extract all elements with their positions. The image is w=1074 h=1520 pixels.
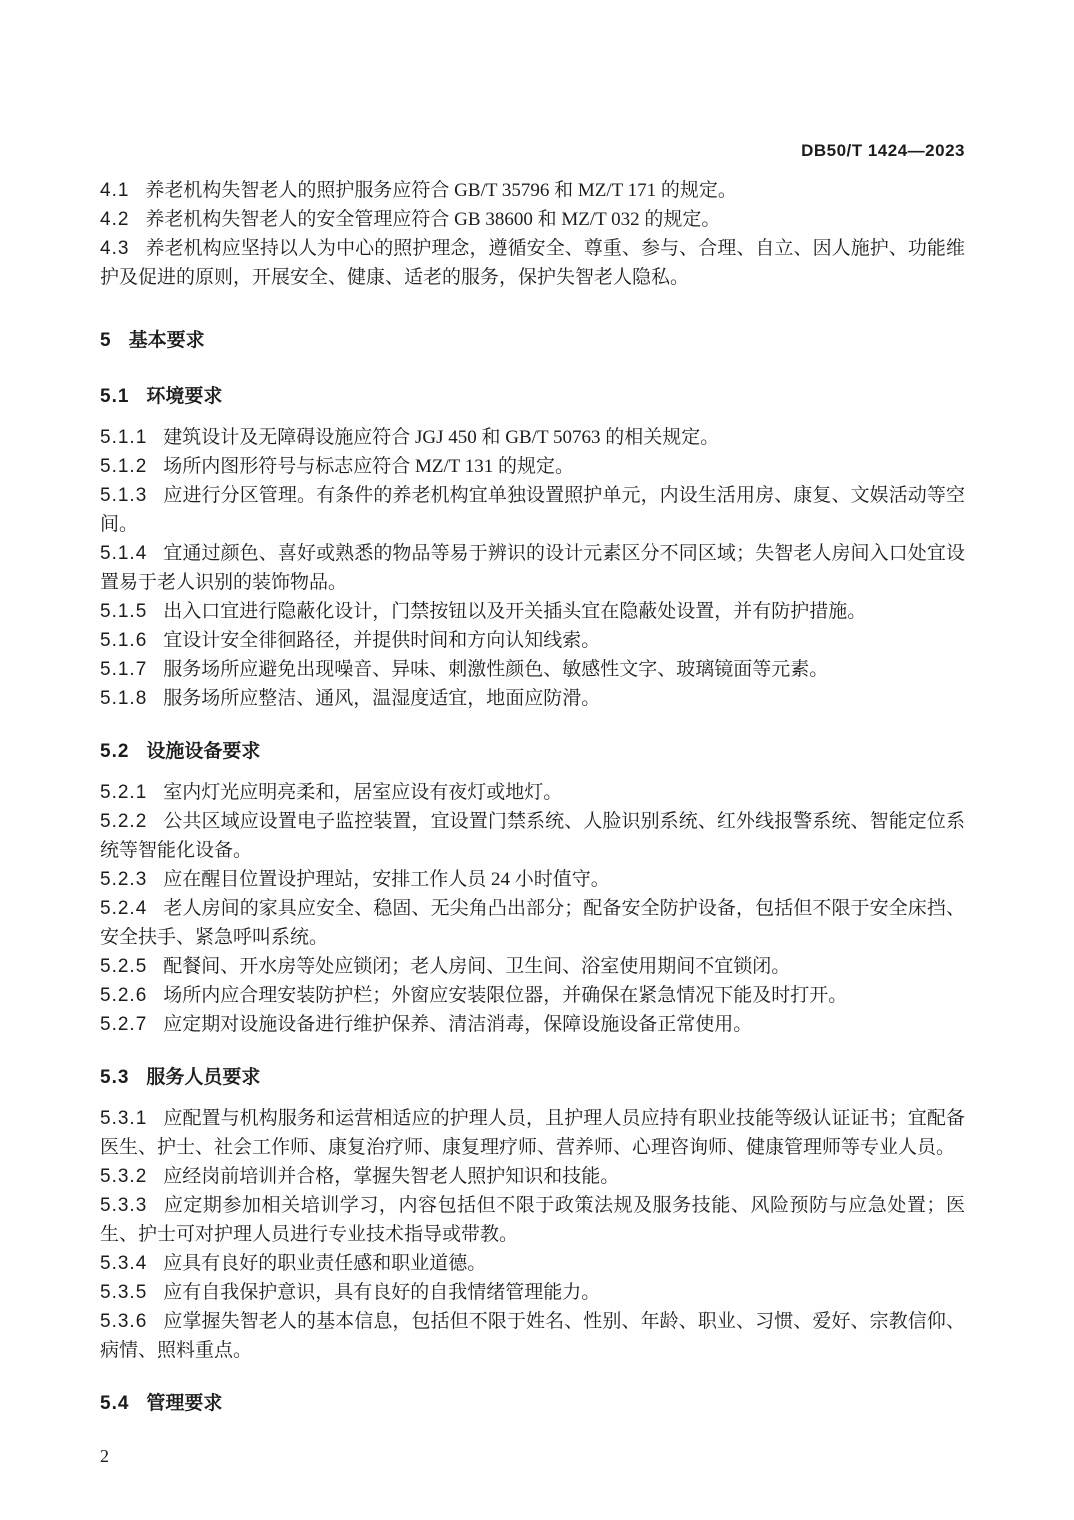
heading-number: 5.2 xyxy=(100,741,129,762)
clause-5-3-1: 5.3.1应配置与机构服务和运营相适应的护理人员，且护理人员应持有职业技能等级认… xyxy=(100,1104,965,1162)
clause-text: 应在醒目位置设护理站，安排工作人员 24 小时值守。 xyxy=(163,869,610,890)
clause-text: 老人房间的家具应安全、稳固、无尖角凸出部分；配备安全防护设备，包括但不限于安全床… xyxy=(100,898,965,948)
document-header: DB50/T 1424—2023 xyxy=(100,140,965,162)
clause-4-1: 4.1养老机构失智老人的照护服务应符合 GB/T 35796 和 MZ/T 17… xyxy=(100,176,965,205)
clause-number: 5.3.4 xyxy=(100,1253,147,1274)
document-page: DB50/T 1424—2023 4.1养老机构失智老人的照护服务应符合 GB/… xyxy=(0,0,1074,1520)
clause-text: 应定期参加相关培训学习，内容包括但不限于政策法规及服务技能、风险预防与应急处置；… xyxy=(100,1195,965,1245)
page-number: 2 xyxy=(100,1446,109,1466)
clause-number: 5.2.5 xyxy=(100,956,147,977)
clause-5-2-4: 5.2.4老人房间的家具应安全、稳固、无尖角凸出部分；配备安全防护设备，包括但不… xyxy=(100,894,965,952)
clause-4-2: 4.2养老机构失智老人的安全管理应符合 GB 38600 和 MZ/T 032 … xyxy=(100,205,965,234)
clause-number: 5.2.4 xyxy=(100,898,147,919)
heading-number: 5.4 xyxy=(100,1393,129,1414)
clause-number: 5.2.1 xyxy=(100,782,147,803)
section-heading-5-1: 5.1环境要求 xyxy=(100,382,965,411)
clause-text: 服务场所应避免出现噪音、异味、刺激性颜色、敏感性文字、玻璃镜面等元素。 xyxy=(163,659,828,680)
clause-text: 养老机构失智老人的照护服务应符合 GB/T 35796 和 MZ/T 171 的… xyxy=(145,180,736,201)
clause-5-2-6: 5.2.6场所内应合理安装防护栏；外窗应安装限位器，并确保在紧急情况下能及时打开… xyxy=(100,981,965,1010)
clause-text: 应定期对设施设备进行维护保养、清洁消毒，保障设施设备正常使用。 xyxy=(163,1014,752,1035)
clause-number: 5.1.7 xyxy=(100,659,147,680)
chapter-heading-5: 5基本要求 xyxy=(100,326,965,355)
clause-text: 出入口宜进行隐蔽化设计，门禁按钮以及开关插头宜在隐蔽处设置，并有防护措施。 xyxy=(163,601,866,622)
clause-text: 应进行分区管理。有条件的养老机构宜单独设置照护单元，内设生活用房、康复、文娱活动… xyxy=(100,485,965,535)
clause-5-1-5: 5.1.5出入口宜进行隐蔽化设计，门禁按钮以及开关插头宜在隐蔽处设置，并有防护措… xyxy=(100,597,965,626)
clause-5-1-7: 5.1.7服务场所应避免出现噪音、异味、刺激性颜色、敏感性文字、玻璃镜面等元素。 xyxy=(100,655,965,684)
standard-code: DB50/T 1424—2023 xyxy=(801,141,965,160)
clause-number: 5.3.1 xyxy=(100,1108,147,1129)
clause-text: 场所内应合理安装防护栏；外窗应安装限位器，并确保在紧急情况下能及时打开。 xyxy=(163,985,847,1006)
clause-5-1-1: 5.1.1建筑设计及无障碍设施应符合 JGJ 450 和 GB/T 50763 … xyxy=(100,423,965,452)
clause-number: 5.1.8 xyxy=(100,688,147,709)
clause-5-1-8: 5.1.8服务场所应整洁、通风，温湿度适宜，地面应防滑。 xyxy=(100,684,965,713)
heading-text: 服务人员要求 xyxy=(146,1067,260,1088)
heading-number: 5 xyxy=(100,330,112,351)
clause-5-3-3: 5.3.3应定期参加相关培训学习，内容包括但不限于政策法规及服务技能、风险预防与… xyxy=(100,1191,965,1249)
clause-number: 4.3 xyxy=(100,238,129,259)
document-body: 4.1养老机构失智老人的照护服务应符合 GB/T 35796 和 MZ/T 17… xyxy=(100,176,965,1418)
heading-text: 设施设备要求 xyxy=(146,741,260,762)
clause-number: 4.2 xyxy=(100,209,129,230)
clause-number: 5.3.3 xyxy=(100,1195,147,1216)
clause-5-3-2: 5.3.2应经岗前培训并合格，掌握失智老人照护知识和技能。 xyxy=(100,1162,965,1191)
clause-5-1-4: 5.1.4宜通过颜色、喜好或熟悉的物品等易于辨识的设计元素区分不同区域；失智老人… xyxy=(100,539,965,597)
clause-text: 应配置与机构服务和运营相适应的护理人员，且护理人员应持有职业技能等级认证证书；宜… xyxy=(100,1108,965,1158)
clause-text: 服务场所应整洁、通风，温湿度适宜，地面应防滑。 xyxy=(163,688,600,709)
clause-text: 养老机构应坚持以人为中心的照护理念，遵循安全、尊重、参与、合理、自立、因人施护、… xyxy=(100,238,965,288)
clause-5-1-3: 5.1.3应进行分区管理。有条件的养老机构宜单独设置照护单元，内设生活用房、康复… xyxy=(100,481,965,539)
heading-text: 基本要求 xyxy=(129,330,205,351)
clause-text: 场所内图形符号与标志应符合 MZ/T 131 的规定。 xyxy=(163,456,574,477)
clause-number: 5.2.6 xyxy=(100,985,147,1006)
clause-5-1-2: 5.1.2场所内图形符号与标志应符合 MZ/T 131 的规定。 xyxy=(100,452,965,481)
clause-text: 室内灯光应明亮柔和，居室应设有夜灯或地灯。 xyxy=(163,782,562,803)
clause-number: 5.1.3 xyxy=(100,485,147,506)
heading-number: 5.3 xyxy=(100,1067,129,1088)
clause-number: 5.1.1 xyxy=(100,427,147,448)
clause-text: 应具有良好的职业责任感和职业道德。 xyxy=(163,1253,486,1274)
heading-text: 管理要求 xyxy=(146,1393,222,1414)
clause-text: 宜设计安全徘徊路径，并提供时间和方向认知线索。 xyxy=(163,630,600,651)
clause-5-2-2: 5.2.2公共区域应设置电子监控装置，宜设置门禁系统、人脸识别系统、红外线报警系… xyxy=(100,807,965,865)
clause-number: 4.1 xyxy=(100,180,129,201)
clause-text: 应有自我保护意识，具有良好的自我情绪管理能力。 xyxy=(163,1282,600,1303)
clause-text: 建筑设计及无障碍设施应符合 JGJ 450 和 GB/T 50763 的相关规定… xyxy=(163,427,719,448)
clause-4-3: 4.3养老机构应坚持以人为中心的照护理念，遵循安全、尊重、参与、合理、自立、因人… xyxy=(100,234,965,292)
clause-number: 5.2.2 xyxy=(100,811,147,832)
clause-5-2-3: 5.2.3应在醒目位置设护理站，安排工作人员 24 小时值守。 xyxy=(100,865,965,894)
clause-5-2-5: 5.2.5配餐间、开水房等处应锁闭；老人房间、卫生间、浴室使用期间不宜锁闭。 xyxy=(100,952,965,981)
section-heading-5-4: 5.4管理要求 xyxy=(100,1389,965,1418)
clause-number: 5.1.5 xyxy=(100,601,147,622)
clause-text: 宜通过颜色、喜好或熟悉的物品等易于辨识的设计元素区分不同区域；失智老人房间入口处… xyxy=(100,543,965,593)
clause-text: 应经岗前培训并合格，掌握失智老人照护知识和技能。 xyxy=(163,1166,619,1187)
clause-number: 5.2.7 xyxy=(100,1014,147,1035)
clause-number: 5.1.4 xyxy=(100,543,147,564)
heading-text: 环境要求 xyxy=(146,386,222,407)
clause-text: 养老机构失智老人的安全管理应符合 GB 38600 和 MZ/T 032 的规定… xyxy=(145,209,720,230)
clause-5-3-6: 5.3.6应掌握失智老人的基本信息，包括但不限于姓名、性别、年龄、职业、习惯、爱… xyxy=(100,1307,965,1365)
clause-5-3-5: 5.3.5应有自我保护意识，具有良好的自我情绪管理能力。 xyxy=(100,1278,965,1307)
heading-number: 5.1 xyxy=(100,386,129,407)
clause-number: 5.1.6 xyxy=(100,630,147,651)
clause-text: 配餐间、开水房等处应锁闭；老人房间、卫生间、浴室使用期间不宜锁闭。 xyxy=(163,956,790,977)
clause-number: 5.1.2 xyxy=(100,456,147,477)
clause-text: 公共区域应设置电子监控装置，宜设置门禁系统、人脸识别系统、红外线报警系统、智能定… xyxy=(100,811,965,861)
clause-5-2-7: 5.2.7应定期对设施设备进行维护保养、清洁消毒，保障设施设备正常使用。 xyxy=(100,1010,965,1039)
clause-number: 5.3.5 xyxy=(100,1282,147,1303)
clause-number: 5.3.2 xyxy=(100,1166,147,1187)
section-heading-5-2: 5.2设施设备要求 xyxy=(100,737,965,766)
clause-5-1-6: 5.1.6宜设计安全徘徊路径，并提供时间和方向认知线索。 xyxy=(100,626,965,655)
document-footer: 2 xyxy=(100,1444,965,1468)
clause-text: 应掌握失智老人的基本信息，包括但不限于姓名、性别、年龄、职业、习惯、爱好、宗教信… xyxy=(100,1311,965,1361)
section-heading-5-3: 5.3服务人员要求 xyxy=(100,1063,965,1092)
clause-number: 5.2.3 xyxy=(100,869,147,890)
clause-5-3-4: 5.3.4应具有良好的职业责任感和职业道德。 xyxy=(100,1249,965,1278)
clause-number: 5.3.6 xyxy=(100,1311,147,1332)
clause-5-2-1: 5.2.1室内灯光应明亮柔和，居室应设有夜灯或地灯。 xyxy=(100,778,965,807)
